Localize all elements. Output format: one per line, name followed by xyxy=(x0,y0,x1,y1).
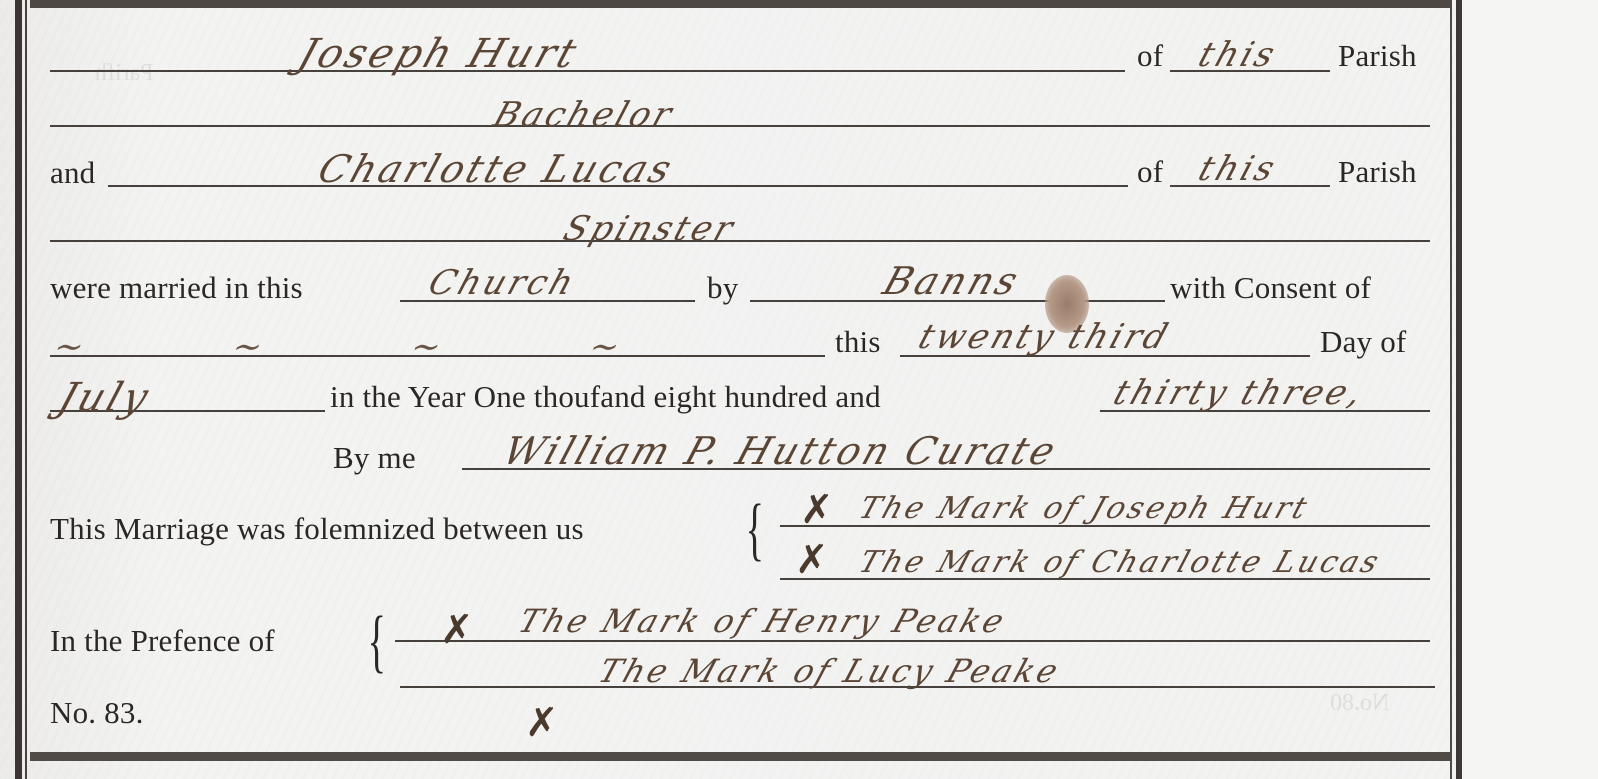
by-me-label: By me xyxy=(333,442,416,473)
groom-signature: The Mark of Joseph Hurt xyxy=(855,494,1313,524)
entry-number: No. 83. xyxy=(50,697,144,728)
register-page: Parifh No.80 Joseph Hurt of this Parish … xyxy=(0,0,1598,779)
witness2-mark-icon: ✗ xyxy=(525,703,559,743)
groom-parish: this xyxy=(1194,38,1281,72)
day-of-label: Day of xyxy=(1320,326,1406,357)
by-label: by xyxy=(707,272,738,303)
witness-line-1 xyxy=(395,640,1430,642)
groom-name: Joseph Hurt xyxy=(294,34,584,74)
witness2-signature: The Mark of Lucy Peake xyxy=(595,655,1065,687)
this-label: this xyxy=(835,326,881,357)
married-in-this-label: were married in this xyxy=(50,272,303,303)
groom-condition-line xyxy=(50,125,1430,127)
page-margin xyxy=(1462,0,1598,779)
in-presence-label: In the Prefence of xyxy=(50,625,275,656)
day: twenty third xyxy=(914,320,1174,354)
bride-condition-line xyxy=(50,240,1430,242)
bride-mark-icon: ✗ xyxy=(795,540,829,580)
month: July xyxy=(54,378,156,418)
and-label: and xyxy=(50,157,95,188)
of-label: of xyxy=(1137,156,1163,187)
witness1-mark-icon: ✗ xyxy=(440,610,474,650)
officiant: William P. Hutton Curate xyxy=(499,432,1063,470)
frame-top-rule xyxy=(30,0,1450,8)
of-label: of xyxy=(1137,40,1163,71)
groom-condition: Bachelor xyxy=(489,98,678,132)
bride-condition: Spinster xyxy=(559,212,739,246)
witnesses-brace: { xyxy=(368,607,386,677)
with-consent-label: with Consent of xyxy=(1170,272,1371,303)
bleed-through-text: Parifh xyxy=(95,60,154,87)
consent-dash: ~~~~ xyxy=(49,330,774,364)
solemnized-label: This Marriage was folemnized between us xyxy=(50,513,584,544)
signatures-brace: { xyxy=(746,495,764,565)
witness1-signature: The Mark of Henry Peake xyxy=(515,605,1011,637)
in-the-year-label: in the Year One thoufand eight hundred a… xyxy=(330,381,881,412)
bleed-through-text: No.80 xyxy=(1330,690,1389,717)
groom-mark-icon: ✗ xyxy=(800,490,834,530)
place: Church xyxy=(424,266,580,300)
bride-parish: this xyxy=(1194,152,1281,186)
frame-left-inner-rule xyxy=(25,0,27,779)
by-means: Banns xyxy=(879,262,1025,300)
bride-name: Charlotte Lucas xyxy=(314,150,679,188)
groom-name-line xyxy=(50,70,1125,72)
parish-label: Parish xyxy=(1338,40,1417,71)
parish-label: Parish xyxy=(1338,156,1417,187)
frame-left-outer-rule xyxy=(15,0,22,779)
frame-right-inner-rule xyxy=(1450,0,1452,779)
bride-signature: The Mark of Charlotte Lucas xyxy=(855,548,1385,578)
year-suffix: thirty three, xyxy=(1109,376,1368,410)
frame-bottom-rule xyxy=(30,752,1450,761)
